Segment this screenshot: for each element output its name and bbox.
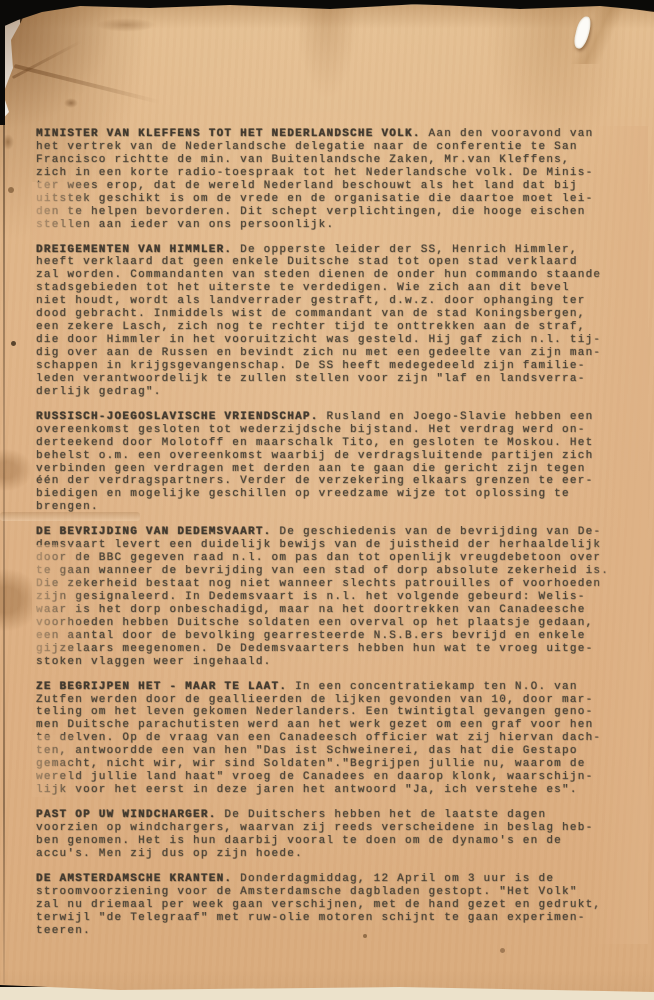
text-line: zal worden. Commandanten van steden dien… [36, 269, 621, 282]
paragraph-heading: RUSSISCH-JOEGOSLAVISCHE VRIENDSCHAP. [36, 411, 319, 423]
text-line: stroomvoorziening voor de Amsterdamsche … [36, 886, 621, 899]
text-line: te delven. Op de vraag van een Canadeesc… [36, 732, 621, 745]
text-line: stadsgebieden tot het uiterste te verded… [36, 282, 621, 295]
text-line: DE BEVRIJDING VAN DEDEMSVAART. De geschi… [36, 526, 621, 539]
text-line: stoken vlaggen weer ingehaald. [36, 656, 621, 669]
photo-of-document: MINISTER VAN KLEFFENS TOT HET NEDERLANDS… [0, 0, 654, 1000]
text-line: RUSSISCH-JOEGOSLAVISCHE VRIENDSCHAP. Rus… [36, 411, 621, 424]
text-line: één der verdragspartners. Verder de verz… [36, 475, 621, 488]
text-line: schappen in krijgsgevangenschap. De SS h… [36, 360, 621, 373]
text-line: zijn gesignaleerd. In Dedemsvaart is n.l… [36, 591, 621, 604]
text-line: verbinden geen verdragen met derden aan … [36, 463, 621, 476]
text-line: DREIGEMENTEN VAN HIMMLER. De opperste le… [36, 244, 621, 257]
text-line: derlijk gedrag". [36, 386, 621, 399]
text-body: MINISTER VAN KLEFFENS TOT HET NEDERLANDS… [36, 128, 621, 949]
text-line: die door Himmler in het vooruitzicht was… [36, 334, 621, 347]
text-line: ter wees erop, dat de wereld Nederland b… [36, 180, 621, 193]
text-line: teling om het leven gekomen Nederlanders… [36, 706, 621, 719]
text-line: terwijl "de Telegraaf" met ruw-olie moto… [36, 912, 621, 925]
text-line: MINISTER VAN KLEFFENS TOT HET NEDERLANDS… [36, 128, 621, 141]
paragraph: ZE BEGRIJPEN HET - MAAR TE LAAT. In een … [36, 681, 621, 797]
text-line: behelst o.m. een overeenkomst waarbij de… [36, 450, 621, 463]
paragraph-heading: DREIGEMENTEN VAN HIMMLER. [36, 244, 232, 256]
text-line: biedigen en mogelijke geschillen op vree… [36, 488, 621, 501]
text-line: men Duitsche parachutisten werd aan het … [36, 719, 621, 732]
paragraph: MINISTER VAN KLEFFENS TOT HET NEDERLANDS… [36, 128, 621, 232]
text-line: te gaan wanneer de bevrijding van een st… [36, 565, 621, 578]
text-line: den te helpen bevorderen. Dit schept ver… [36, 206, 621, 219]
text-line: ZE BEGRIJPEN HET - MAAR TE LAAT. In een … [36, 681, 621, 694]
text-line: accu's. Men zij dus op zijn hoede. [36, 848, 621, 861]
text-line: PAST OP UW WINDCHARGER. De Duitschers he… [36, 809, 621, 822]
text-line: gijzelaars meegenomen. De Dedemsvaarters… [36, 643, 621, 656]
text-line: teeren. [36, 925, 621, 938]
text-line: zal nu driemaal per week gaan verschijne… [36, 899, 621, 912]
text-line: door de BBC gegeven raad n.l. om pas dan… [36, 552, 621, 565]
paragraph-heading: PAST OP UW WINDCHARGER. [36, 809, 217, 821]
text-line: derteekend door Molotoff en maarschalk T… [36, 437, 621, 450]
text-line: lijk voor het eerst in deze jaren het an… [36, 784, 621, 797]
text-line: stellen aan ieder van ons persoonlijk. [36, 219, 621, 232]
text-line: overeenkomst gesloten tot wederzijdsche … [36, 424, 621, 437]
text-line: niet houdt, wordt als landverrader gestr… [36, 295, 621, 308]
text-line: wereld jullie land haat" vroeg de Canade… [36, 771, 621, 784]
photo-black-edge-left [0, 0, 5, 125]
text-line: Die zekerheid bestaat nog niet wanneer s… [36, 578, 621, 591]
text-line: leden verantwoordelijk te zullen stellen… [36, 373, 621, 386]
text-line: Zutfen werden door de geallieerden de li… [36, 694, 621, 707]
text-line: ben genomen. Het is hun daarbij vooral t… [36, 835, 621, 848]
paragraph-heading: DE BEVRIJDING VAN DEDEMSVAART. [36, 526, 272, 538]
paragraph: PAST OP UW WINDCHARGER. De Duitschers he… [36, 809, 621, 861]
text-line: zich in een korte radio-toespraak tot he… [36, 167, 621, 180]
text-line: waar is het dorp onbeschadigd, maar na h… [36, 604, 621, 617]
text-line: uitstek geschikt is om de vrede en de or… [36, 193, 621, 206]
text-line: heeft verklaard dat geen enkele Duitsche… [36, 256, 621, 269]
paragraph: DREIGEMENTEN VAN HIMMLER. De opperste le… [36, 244, 621, 399]
text-line: dood gebracht. Inmiddels wist de command… [36, 308, 621, 321]
paragraph: RUSSISCH-JOEGOSLAVISCHE VRIENDSCHAP. Rus… [36, 411, 621, 515]
text-line: DE AMSTERDAMSCHE KRANTEN. Donderdagmidda… [36, 873, 621, 886]
text-line: brengen. [36, 501, 621, 514]
text-line: voorhoeden hebben Duitsche soldaten een … [36, 617, 621, 630]
text-line: Francisco richtte de min. van Buitenland… [36, 154, 621, 167]
paragraph-heading: ZE BEGRIJPEN HET - MAAR TE LAAT. [36, 681, 287, 693]
text-line: demsvaart levert een duidelijk bewijs va… [36, 539, 621, 552]
paragraph-heading: DE AMSTERDAMSCHE KRANTEN. [36, 873, 232, 885]
text-line: gemacht, nicht wir, wir sind Soldaten"."… [36, 758, 621, 771]
text-line: een aantal door de bevolking gearresteer… [36, 630, 621, 643]
text-line: voorzien op windchargers, waarvan zij re… [36, 822, 621, 835]
paragraph: DE AMSTERDAMSCHE KRANTEN. Donderdagmidda… [36, 873, 621, 938]
text-line: dig over aan de Russen en bevindt zich n… [36, 347, 621, 360]
paragraph: DE BEVRIJDING VAN DEDEMSVAART. De geschi… [36, 526, 621, 668]
text-line: het vertrek van de Nederlandsche delegat… [36, 141, 621, 154]
paragraph-heading: MINISTER VAN KLEFFENS TOT HET NEDERLANDS… [36, 128, 421, 140]
text-line: een zekere Lasch, zich nog te rechter ti… [36, 321, 621, 334]
text-line: ten, antwoordde een van hen "Das ist Sch… [36, 745, 621, 758]
